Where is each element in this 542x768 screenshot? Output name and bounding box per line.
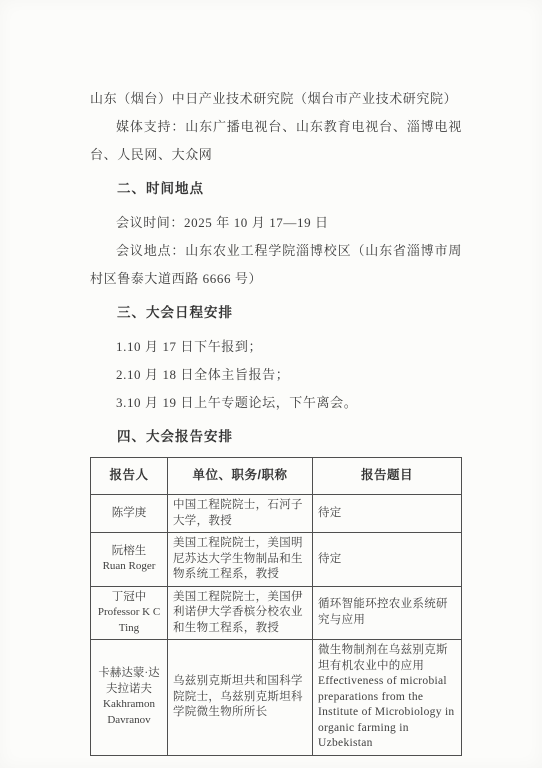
speaker-affiliation-cell: 美国工程院院士，美国伊利诺伊大学香槟分校农业和生物工程系，教授 [168,586,313,640]
scanned-document-page: 山东（烟台）中日产业技术研究院（烟台市产业技术研究院） 媒体支持：山东广播电视台… [0,0,542,768]
report-title-cell: 待定 [313,533,462,587]
intro-organization-line: 山东（烟台）中日产业技术研究院（烟台市产业技术研究院） [90,85,462,113]
speaker-name-cell: 阮榕生 Ruan Roger [91,533,168,587]
table-row: 卡赫达蒙·达夫拉诺夫 Kakhramon Davranov 乌兹别克斯坦共和国科… [91,640,462,756]
table-row: 丁冠中 Professor K C Ting 美国工程院院士，美国伊利诺伊大学香… [91,586,462,640]
header-affiliation: 单位、职务/职称 [168,458,313,495]
table-row: 陈学庚 中国工程院院士，石河子大学，教授 待定 [91,495,462,533]
speaker-name-zh: 卡赫达蒙·达夫拉诺夫 [96,666,162,697]
meeting-venue-line: 会议地点：山东农业工程学院淄博校区（山东省淄博市周村区鲁泰大道西路 6666 号… [90,237,462,293]
report-title-zh: 循环智能环控农业系统研究与应用 [318,597,456,628]
table-row: 阮榕生 Ruan Roger 美国工程院院士，美国明尼苏达大学生物制品和生物系统… [91,533,462,587]
speaker-name-zh: 陈学庚 [96,506,162,522]
header-report-title: 报告题目 [313,458,462,495]
speaker-name-zh: 阮榕生 [96,544,162,560]
report-title-zh: 待定 [318,506,456,522]
report-title-cell: 循环智能环控农业系统研究与应用 [313,586,462,640]
report-title-cell: 微生物制剂在乌兹别克斯坦有机农业中的应用 Effectiveness of mi… [313,640,462,756]
report-table: 报告人 单位、职务/职称 报告题目 陈学庚 中国工程院院士，石河子大学，教授 待… [90,457,462,756]
table-header-row: 报告人 单位、职务/职称 报告题目 [91,458,462,495]
report-title-zh: 微生物制剂在乌兹别克斯坦有机农业中的应用 [318,643,456,674]
section-heading-schedule: 三、大会日程安排 [90,299,462,327]
header-speaker: 报告人 [91,458,168,495]
schedule-item-1: 1.10 月 17 日下午报到； [90,333,462,361]
speaker-name-cell: 陈学庚 [91,495,168,533]
meeting-time-line: 会议时间：2025 年 10 月 17—19 日 [90,209,462,237]
speaker-name-en: Kakhramon Davranov [96,697,162,728]
speaker-affiliation-cell: 乌兹别克斯坦共和国科学院院士，乌兹别克斯坦科学院微生物所所长 [168,640,313,756]
speaker-name-cell: 卡赫达蒙·达夫拉诺夫 Kakhramon Davranov [91,640,168,756]
section-heading-reports: 四、大会报告安排 [90,423,462,451]
section-heading-time-place: 二、时间地点 [90,175,462,203]
report-title-zh: 待定 [318,552,456,568]
speaker-name-en: Professor K C Ting [96,605,162,636]
schedule-item-3: 3.10 月 19 日上午专题论坛，下午离会。 [90,389,462,417]
speaker-name-cell: 丁冠中 Professor K C Ting [91,586,168,640]
speaker-name-en: Ruan Roger [96,559,162,575]
schedule-item-2: 2.10 月 18 日全体主旨报告； [90,361,462,389]
report-title-en: Effectiveness of microbial preparations … [318,674,456,752]
speaker-affiliation-cell: 中国工程院院士，石河子大学，教授 [168,495,313,533]
media-support-line: 媒体支持：山东广播电视台、山东教育电视台、淄博电视台、人民网、大众网 [90,113,462,169]
report-title-cell: 待定 [313,495,462,533]
speaker-name-zh: 丁冠中 [96,590,162,606]
speaker-affiliation-cell: 美国工程院院士，美国明尼苏达大学生物制品和生物系统工程系，教授 [168,533,313,587]
